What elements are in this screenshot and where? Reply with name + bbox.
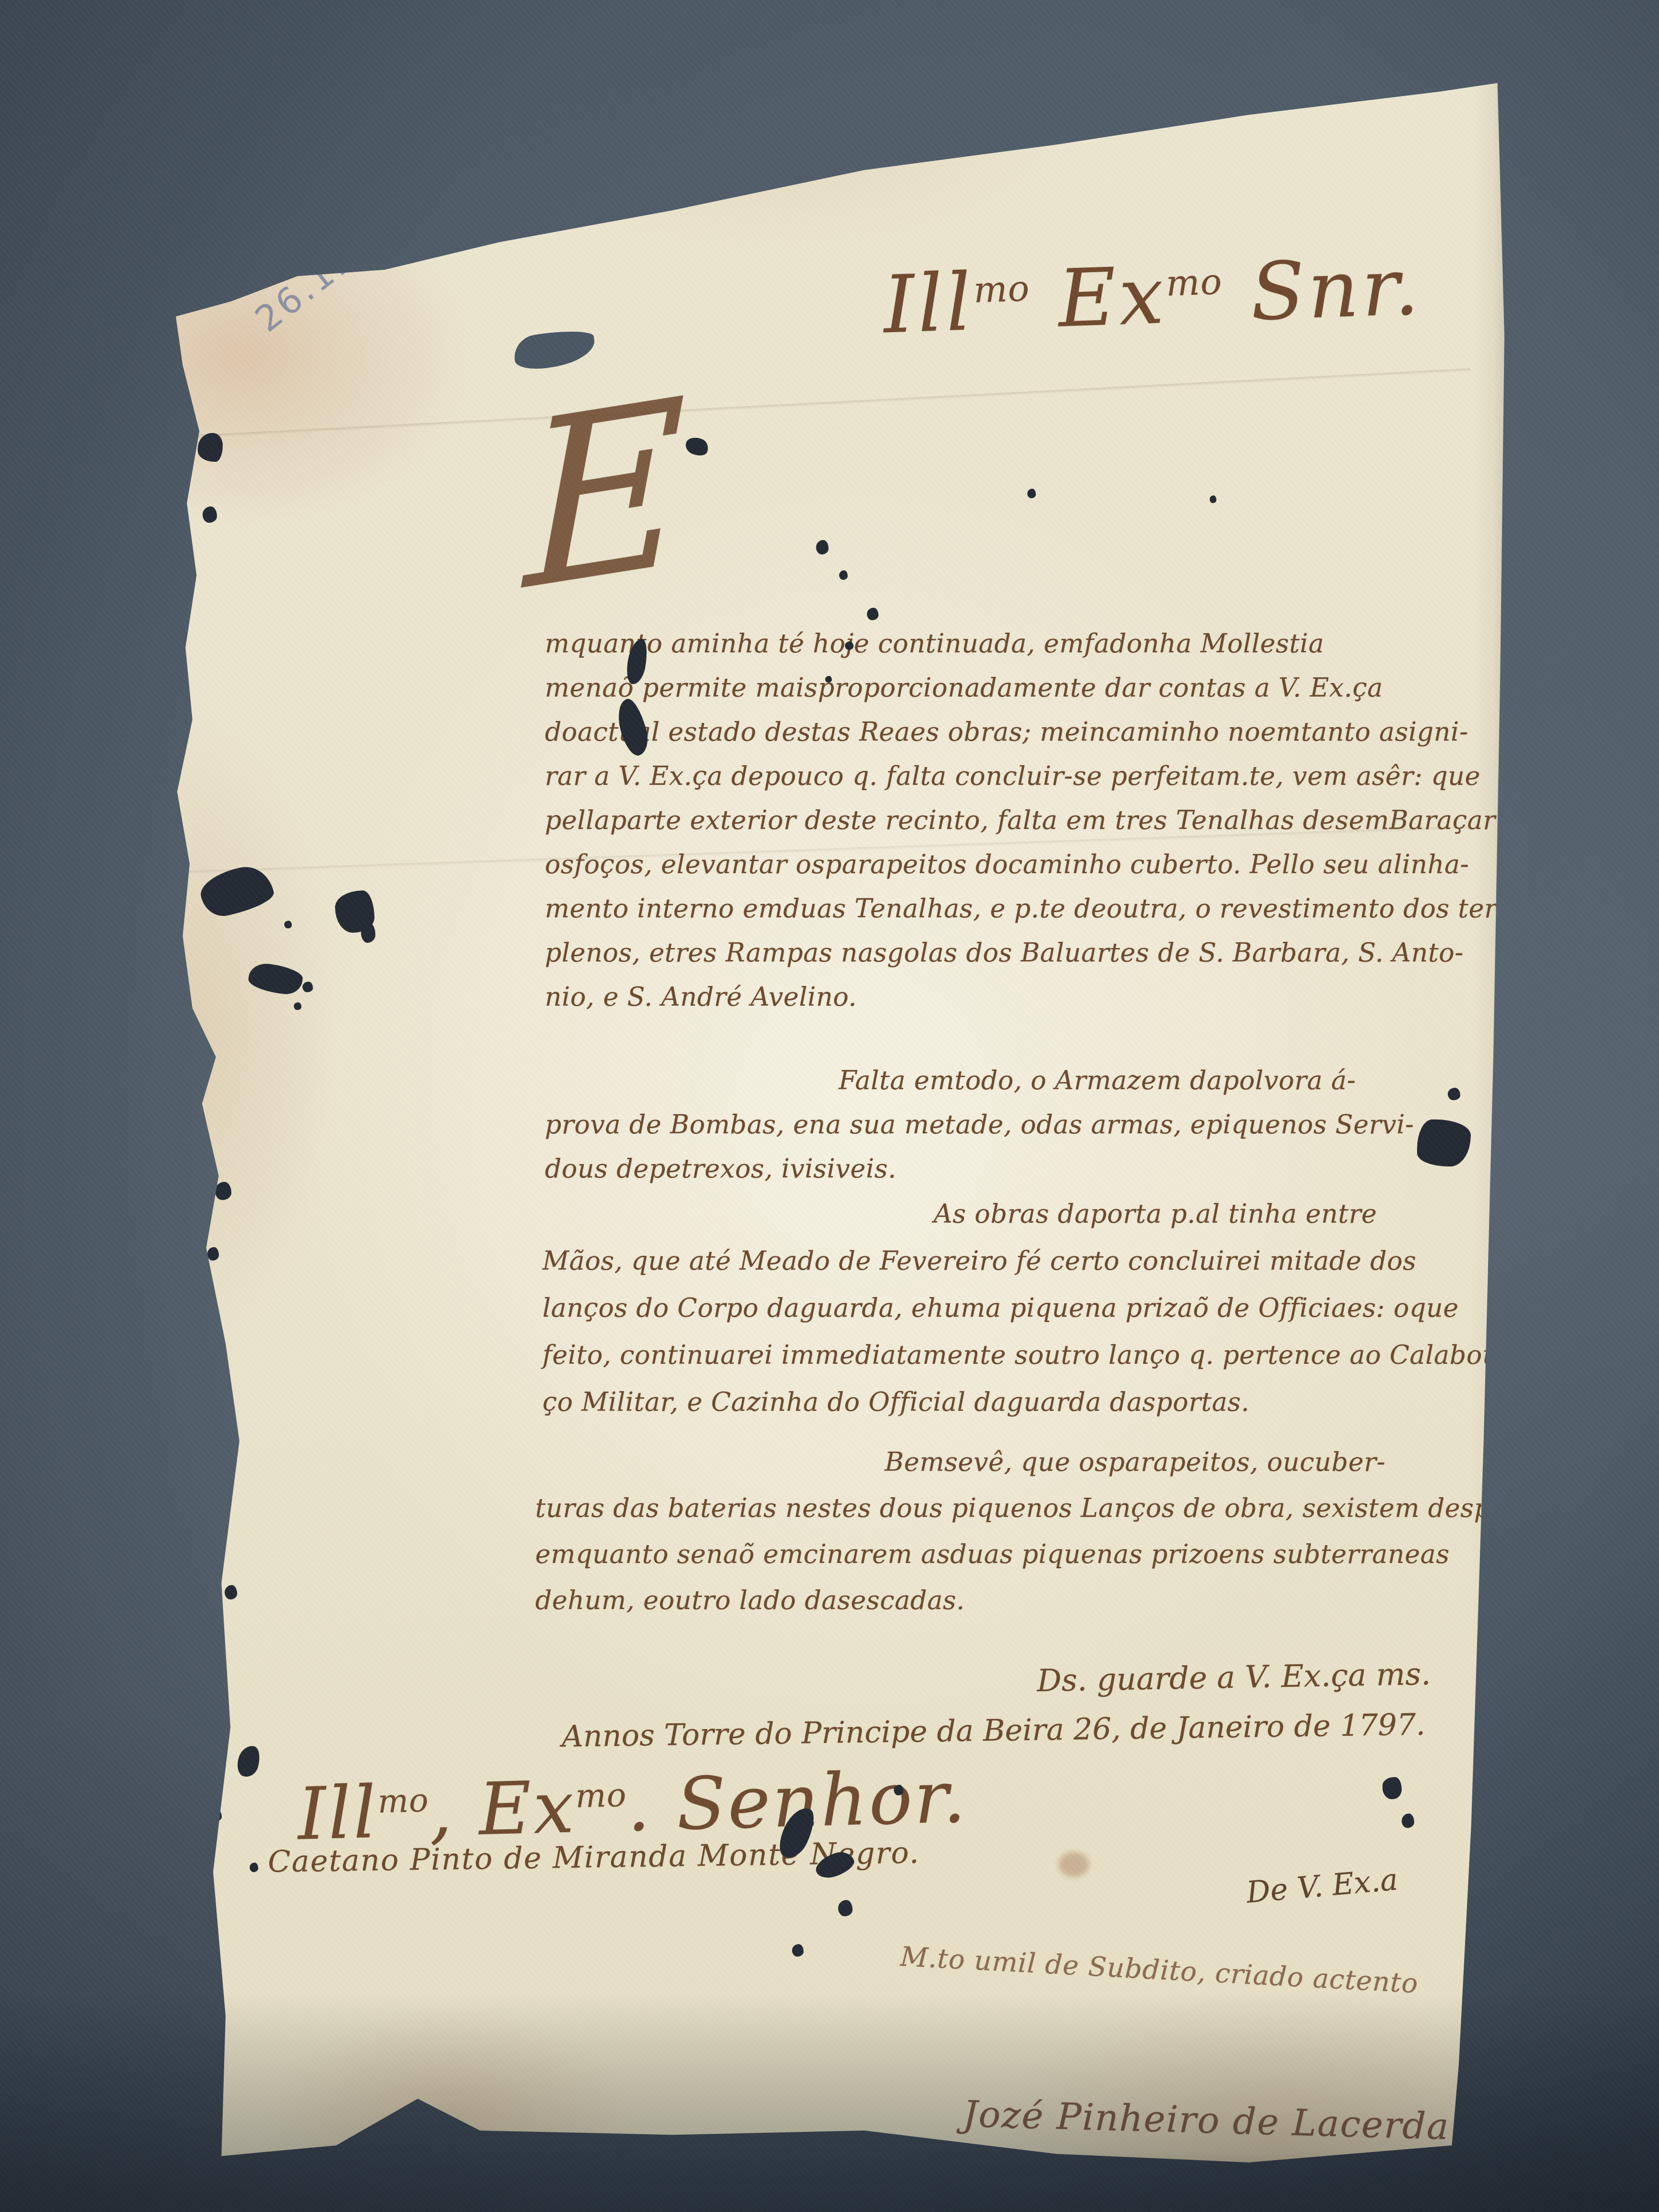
address-superscript: mo: [575, 1776, 627, 1815]
text-line: nio, e S. André Avelino.: [545, 975, 1534, 1019]
text-line: rar a V. Ex.ça depouco q. falta concluir…: [545, 754, 1534, 798]
paragraph-1: mquanto aminha té hoje continuada, emfad…: [545, 622, 1534, 1019]
closing-formula: Ds. guarde a V. Ex.ça ms.: [1036, 1657, 1431, 1699]
ink-blot: [825, 676, 832, 683]
address-superscript: mo: [377, 1781, 430, 1820]
text-line: mquanto aminha té hoje continuada, emfad…: [545, 622, 1534, 666]
salutation-text: Ill: [882, 256, 975, 351]
salutation-superscript: mo: [1165, 261, 1223, 304]
paragraph-2: Falta emtodo, o Armazem dapolvora á- pro…: [545, 1058, 1414, 1191]
ink-blot: [215, 1182, 231, 1200]
text-line: plenos, etres Rampas nasgolas dos Baluar…: [545, 931, 1534, 975]
signature: Jozé Pinheiro de Lacerda: [962, 2092, 1450, 2148]
ink-blot: [215, 1708, 229, 1724]
text-line: pellaparte exterior deste recinto, falta…: [545, 798, 1534, 842]
text-line: doactual estado destas Reaes obras; mein…: [545, 710, 1534, 754]
ink-blot: [197, 862, 276, 920]
ink-blot: [1448, 1088, 1460, 1100]
salutation-text: Ex: [1029, 249, 1168, 346]
ink-blot: [1382, 1777, 1402, 1799]
ink-blot: [211, 1810, 222, 1821]
text-line: turas das baterias nestes dous piquenos …: [535, 1485, 1554, 1531]
text-line: dehum, eoutro lado dasescadas.: [535, 1577, 1554, 1623]
initial-flourish: E: [524, 380, 687, 611]
ink-blot: [1210, 495, 1216, 503]
ink-blot: [867, 608, 878, 620]
text-line: mento interno emduas Tenalhas, e p.te de…: [545, 887, 1534, 931]
text-line: Bemsevê, que osparapeitos, oucuber-: [535, 1439, 1554, 1485]
paragraph-3: As obras daporta p.al tinha entre Mãos, …: [542, 1190, 1508, 1426]
ink-blot: [683, 434, 710, 458]
text-line: Falta emtodo, o Armazem dapolvora á-: [545, 1058, 1414, 1103]
text-line: dous depetrexos, ivisiveis.: [545, 1147, 1414, 1191]
text-line: Mãos, que até Meado de Fevereiro fé cert…: [542, 1238, 1508, 1285]
valediction-humble: M.to umil de Subdito, criado actento: [900, 1941, 1419, 1999]
salutation-superscript: mo: [973, 267, 1031, 311]
text-line: prova de Bombas, ena sua metade, odas ar…: [545, 1103, 1414, 1147]
ink-blot: [792, 1944, 804, 1957]
text-line: lanços do Corpo daguarda, ehuma piquena …: [542, 1285, 1508, 1332]
ink-blot: [234, 1743, 263, 1779]
text-line: emquanto senaõ emcinarem asduas piquenas…: [535, 1531, 1554, 1577]
text-line: osfoços, elevantar osparapeitos docaminh…: [545, 842, 1534, 887]
ink-blot: [1027, 489, 1036, 498]
ink-blot: [838, 1900, 853, 1916]
salutation: Illmo Exmo Snr.: [882, 240, 1423, 351]
text-line: feito, continuarei immediatamente soutro…: [542, 1332, 1508, 1379]
ink-blot: [250, 1863, 258, 1872]
paragraph-4: Bemsevê, que osparapeitos, oucuber- tura…: [535, 1439, 1554, 1623]
ink-blot: [302, 982, 313, 992]
closing-dateline: Annos Torre do Principe da Beira 26, de …: [562, 1707, 1426, 1754]
valediction-courtesy: De V. Ex.a: [1245, 1862, 1399, 1910]
ink-blot: [839, 570, 848, 580]
ink-blot: [284, 921, 292, 928]
ink-blot: [247, 961, 304, 996]
text-line: menaõ permite maisproporcionadamente dar…: [545, 666, 1534, 710]
salutation-text: Snr.: [1221, 240, 1423, 339]
fold-crease: [172, 368, 1470, 440]
ink-blot: [816, 540, 829, 554]
ink-blot: [225, 1585, 237, 1599]
ink-blot: [207, 1247, 219, 1261]
ink-blot: [894, 1785, 903, 1795]
ink-blot: [845, 641, 854, 650]
ink-blot: [1402, 1814, 1414, 1828]
letter-paper: 26.1.97 Illmo Exmo Snr. E mquanto aminha…: [144, 58, 1527, 2179]
ink-blot: [198, 433, 223, 462]
ink-blot: [361, 923, 375, 943]
ink-blot: [1417, 1119, 1471, 1166]
archival-number-pencil: 26.1.97: [248, 212, 396, 340]
ink-blot: [203, 506, 217, 523]
text-line: As obras daporta p.al tinha entre: [542, 1190, 1508, 1238]
ink-blot: [294, 1002, 301, 1010]
text-line: ço Militar, e Cazinha do Official daguar…: [542, 1379, 1508, 1426]
photo-backdrop: { "photo": { "background_color": "#515d6…: [0, 0, 1659, 2212]
stain: [1058, 1852, 1089, 1877]
